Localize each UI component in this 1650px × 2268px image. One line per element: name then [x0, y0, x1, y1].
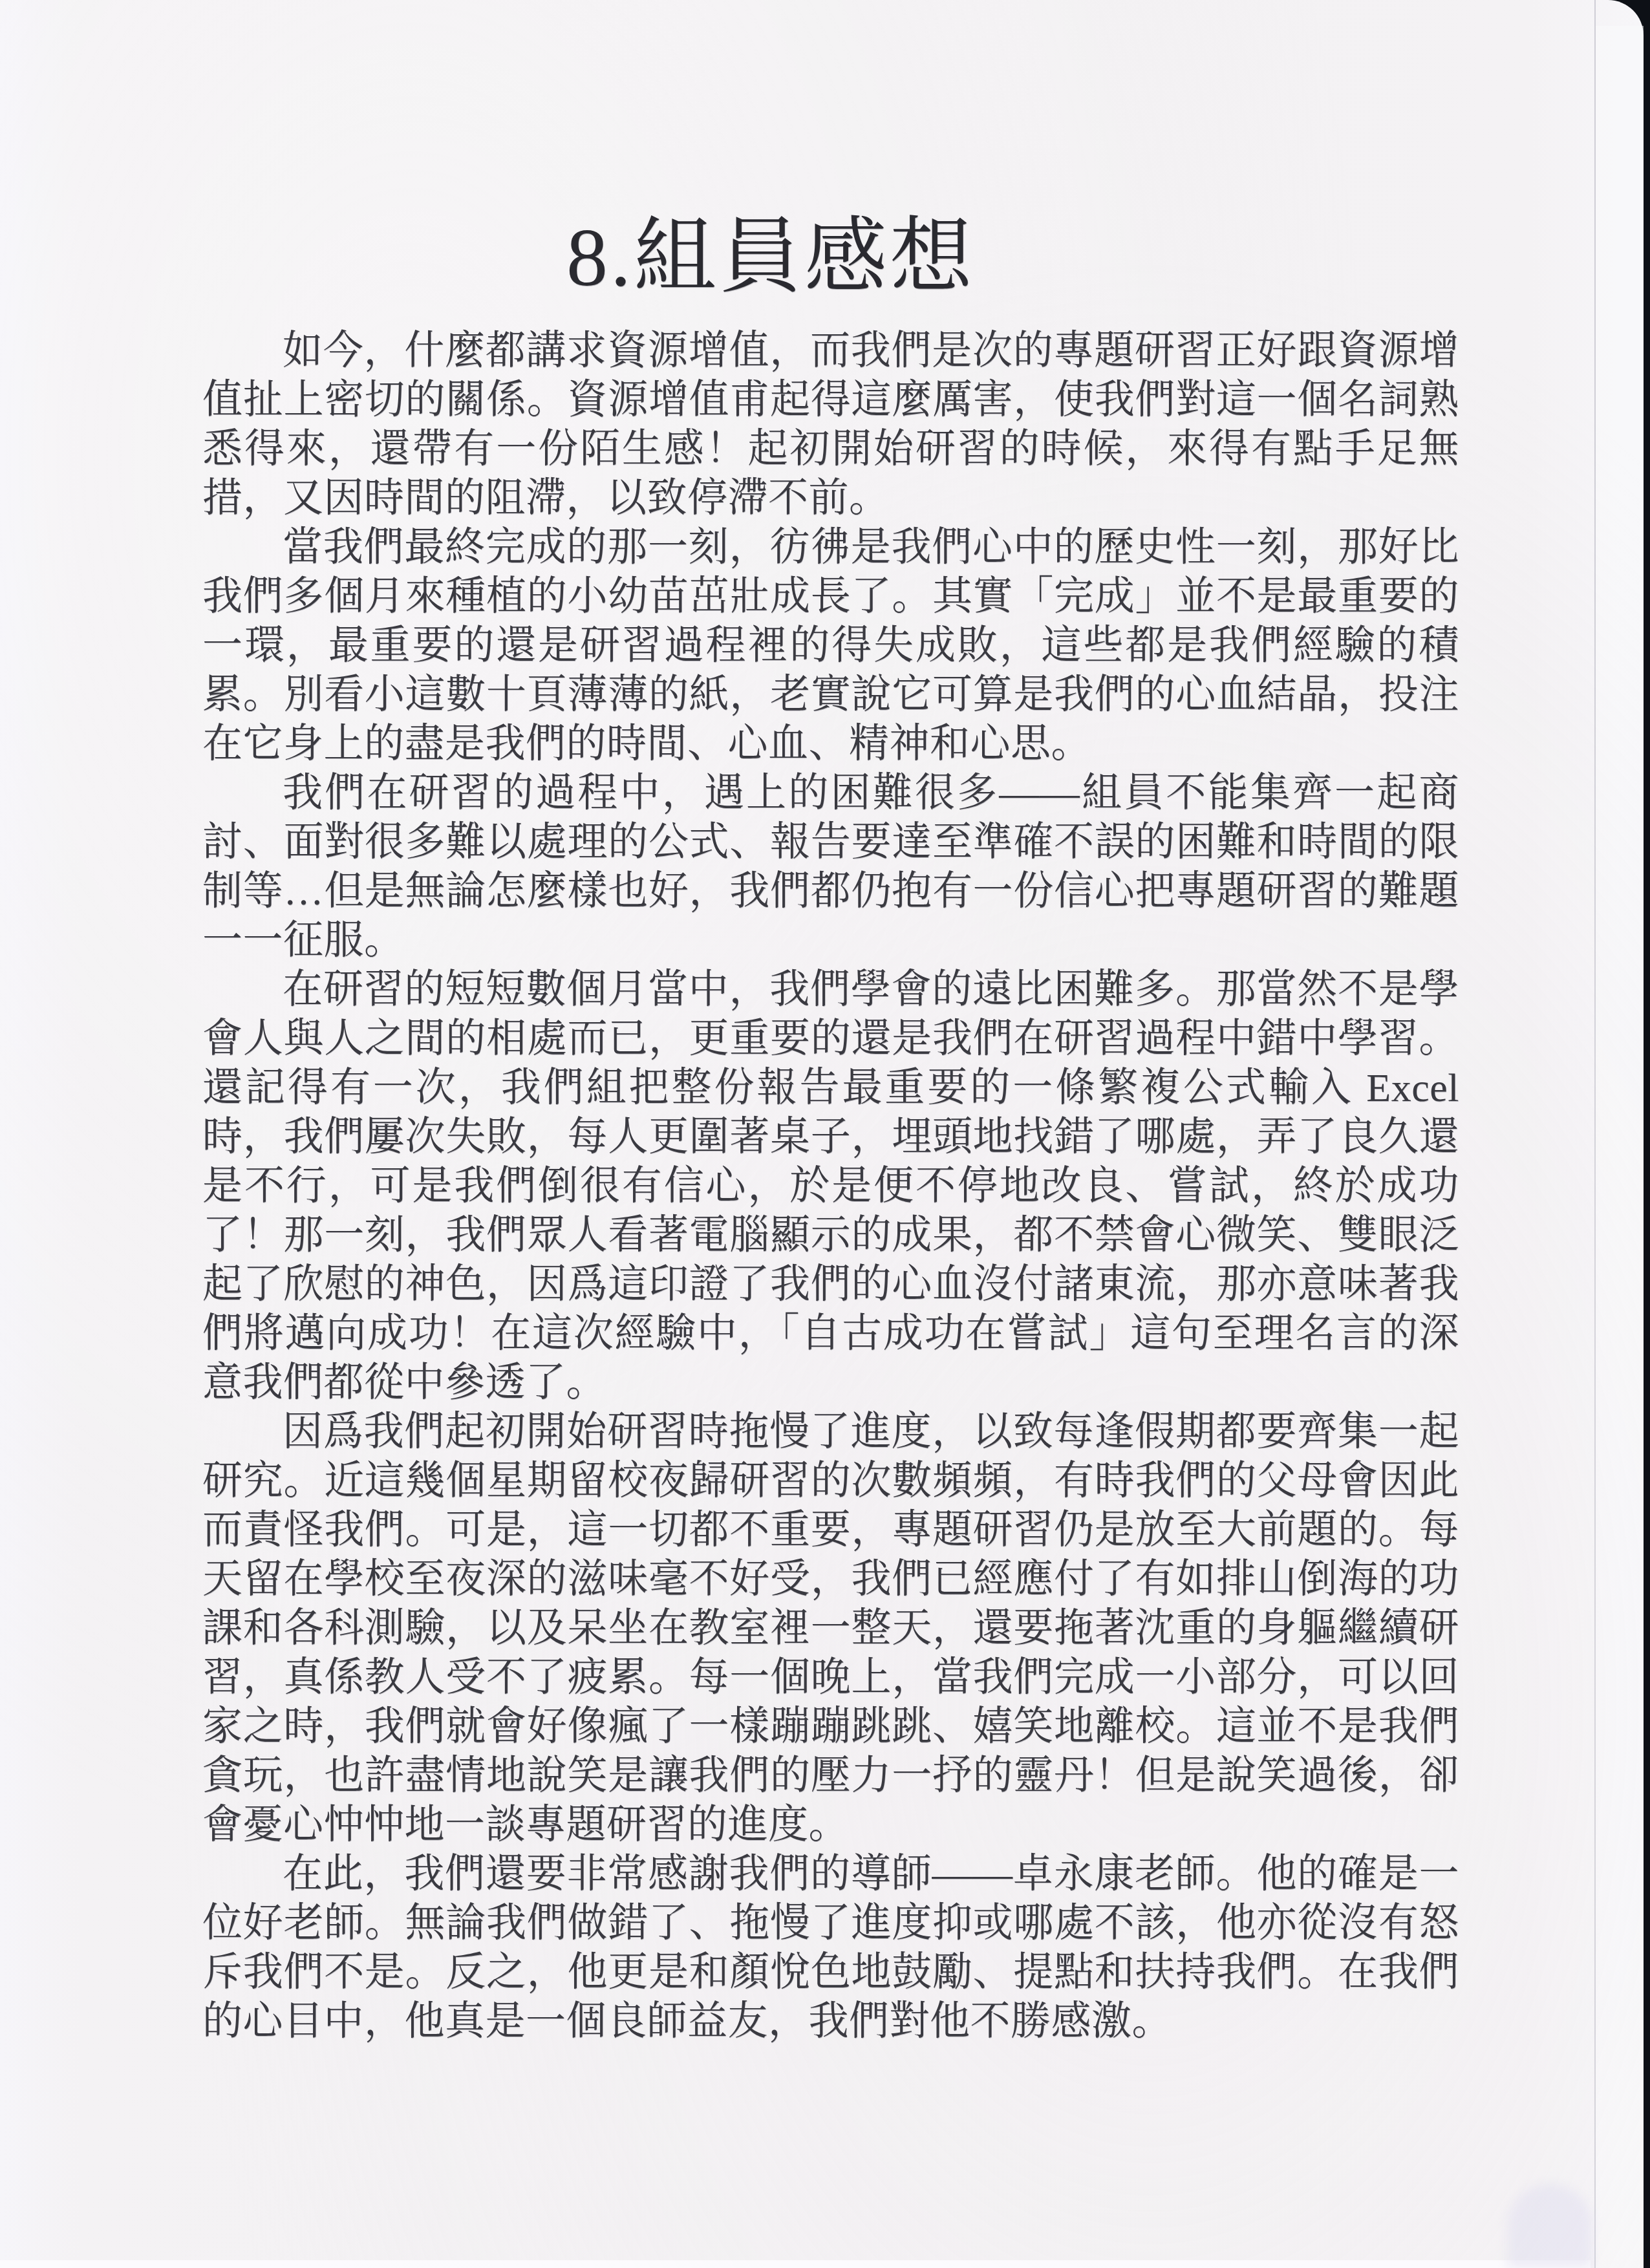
paragraph: 當我們最終完成的那一刻，彷彿是我們心中的歷史性一刻，那好比我們多個月來種植的小幼…: [202, 523, 1459, 769]
paragraph: 我們在研習的過程中，遇上的困難很多——組員不能集齊一起商討、面對很多難以處理的公…: [202, 769, 1459, 965]
scan-bottom-right-tint: [1508, 2184, 1592, 2268]
scan-bottom-edge: [0, 2260, 1591, 2268]
paragraph: 如今，什麼都講求資源增值，而我們是次的專題研習正好跟資源增值扯上密切的關係。資源…: [202, 326, 1459, 523]
paper-edge-line: [1594, 0, 1596, 2268]
essay-body: 如今，什麼都講求資源增值，而我們是次的專題研習正好跟資源增值扯上密切的關係。資源…: [202, 326, 1459, 2046]
paragraph: 在此，我們還要非常感謝我們的導師——卓永康老師。他的確是一位好老師。無論我們做錯…: [202, 1850, 1459, 2046]
under-sheet-edge: [1596, 26, 1644, 2268]
scanned-page: 8.組員感想 如今，什麼都講求資源增值，而我們是次的專題研習正好跟資源增值扯上密…: [0, 0, 1650, 2268]
paragraph: 因爲我們起初開始研習時拖慢了進度，以致每逢假期都要齊集一起研究。近這幾個星期留校…: [202, 1407, 1459, 1850]
paragraph: 在研習的短短數個月當中，我們學會的遠比困難多。那當然不是學會人與人之間的相處而已…: [202, 965, 1459, 1407]
page-title: 8.組員感想: [142, 206, 1399, 309]
